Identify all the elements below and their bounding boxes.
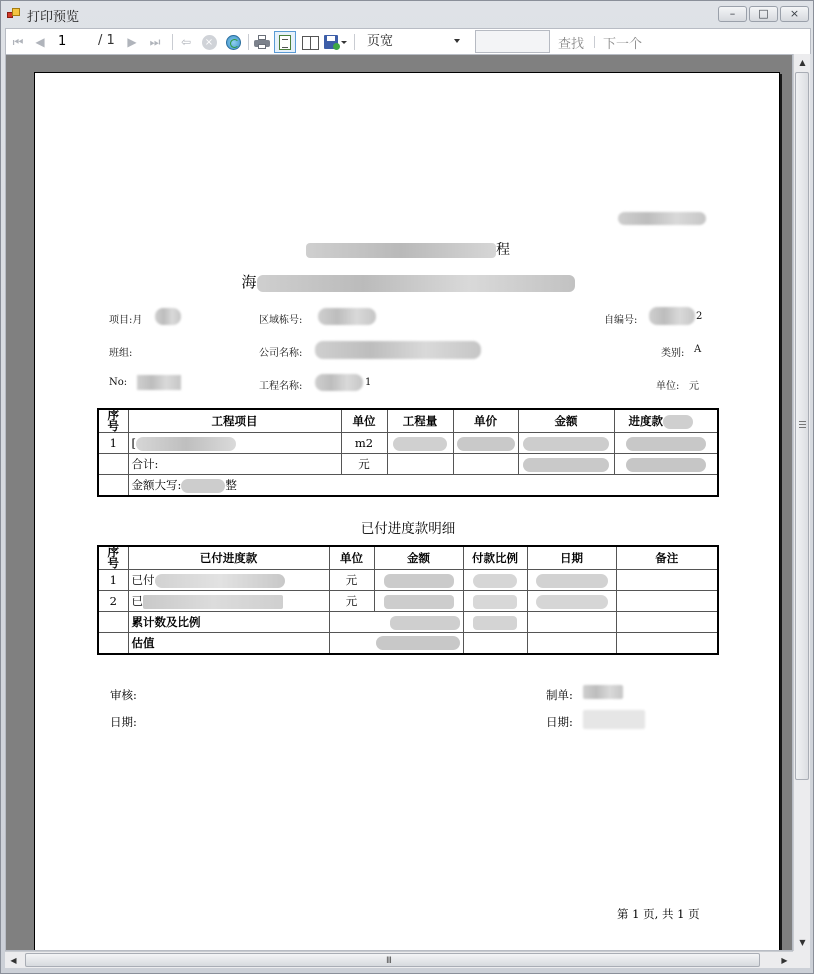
close-button[interactable]: × bbox=[780, 6, 809, 22]
page-total: / 1 bbox=[98, 33, 115, 48]
print-button[interactable] bbox=[252, 32, 272, 52]
project-label: 项目:月 bbox=[109, 311, 142, 326]
redacted-text bbox=[536, 574, 608, 588]
first-page-button[interactable]: ⏮ bbox=[10, 32, 26, 52]
redacted-text bbox=[473, 616, 517, 630]
column-header-amount: 金额 bbox=[518, 409, 614, 433]
table-row: 合计: 元 bbox=[98, 454, 718, 475]
company-label: 公司名称: bbox=[259, 344, 302, 359]
redacted-text bbox=[315, 341, 481, 359]
redacted-text bbox=[618, 212, 706, 225]
toolbar-separator bbox=[248, 34, 249, 50]
redacted-text bbox=[626, 458, 706, 472]
progress-table: 序号 工程项目 单位 工程量 单价 金额 进度款 1 [ m2 bbox=[97, 408, 719, 497]
redacted-text bbox=[583, 685, 623, 699]
chevron-down-icon[interactable] bbox=[454, 39, 460, 43]
column-header-unit: 单位 bbox=[341, 409, 387, 433]
toolbar-separator bbox=[354, 34, 355, 50]
redacted-text bbox=[523, 437, 609, 451]
redacted-text bbox=[376, 636, 460, 650]
dropdown-arrow-icon bbox=[341, 41, 347, 44]
save-icon bbox=[324, 35, 338, 49]
app-icon bbox=[7, 8, 21, 20]
printer-icon bbox=[254, 35, 270, 49]
horizontal-scrollbar[interactable]: ◀ III ▶ bbox=[5, 951, 793, 968]
serial-suffix: 2 bbox=[696, 311, 702, 322]
redacted-text bbox=[137, 375, 181, 390]
scroll-down-icon[interactable]: ▼ bbox=[794, 934, 811, 951]
category-label: 类别: bbox=[661, 344, 684, 359]
toolbar-separator bbox=[172, 34, 173, 50]
table-header-row: 序号 已付进度款 单位 金额 付款比例 日期 备注 bbox=[98, 546, 718, 570]
next-page-icon: ▶ bbox=[127, 35, 136, 49]
column-header-amount: 金额 bbox=[374, 546, 463, 570]
column-header-paid: 已付进度款 bbox=[128, 546, 329, 570]
preview-viewport[interactable]: 程 海 项目:月 区域栋号: 自编号: 2 班组: 公司名称: 类别: A No… bbox=[5, 54, 793, 951]
redacted-text bbox=[536, 595, 608, 609]
current-page-input[interactable]: 1 bbox=[56, 32, 96, 52]
redacted-text bbox=[523, 458, 609, 472]
redacted-text bbox=[457, 437, 515, 451]
area-label: 区域栋号: bbox=[259, 311, 302, 326]
report-title: 程 bbox=[35, 239, 781, 259]
resize-grip[interactable] bbox=[793, 951, 810, 968]
refresh-icon bbox=[226, 35, 241, 50]
no-label: No: bbox=[109, 377, 127, 388]
single-page-icon bbox=[279, 35, 291, 50]
column-header-seq: 序号 bbox=[98, 546, 128, 570]
column-header-ratio: 付款比例 bbox=[463, 546, 527, 570]
report-subtitle: 海 bbox=[35, 271, 781, 292]
redacted-text bbox=[649, 307, 695, 325]
last-page-button[interactable]: ⏭ bbox=[146, 32, 164, 52]
toolbar: ⏮ ◀ 1 / 1 ▶ ⏭ ⇦ × 页宽 查找 下一个 bbox=[5, 28, 811, 54]
print-preview-window: 打印预览 – □ × ⏮ ◀ 1 / 1 ▶ ⏭ ⇦ × 页宽 查找 下一个 bbox=[0, 0, 814, 974]
horizontal-scroll-thumb[interactable]: III bbox=[25, 953, 760, 967]
column-header-seq: 序号 bbox=[98, 409, 128, 433]
table-row: 2 已 元 bbox=[98, 591, 718, 612]
paid-progress-table: 序号 已付进度款 单位 金额 付款比例 日期 备注 1 已付 元 bbox=[97, 545, 719, 655]
redacted-text bbox=[390, 616, 460, 630]
table-row: 1 [ m2 bbox=[98, 433, 718, 454]
redacted-text bbox=[315, 374, 363, 391]
column-header-remark: 备注 bbox=[616, 546, 718, 570]
grip-icon bbox=[799, 421, 806, 428]
two-page-view-button[interactable] bbox=[300, 32, 320, 52]
redacted-text bbox=[473, 574, 517, 588]
redacted-text bbox=[384, 595, 454, 609]
table-row: 估值 bbox=[98, 633, 718, 654]
make-date-label: 日期: bbox=[546, 714, 573, 730]
page-number-footer: 第 1 页, 共 1 页 bbox=[617, 906, 700, 922]
project-name-label: 工程名称: bbox=[259, 377, 302, 392]
redacted-text bbox=[663, 415, 693, 429]
title-bar: 打印预览 – □ × bbox=[1, 1, 813, 28]
column-header-date: 日期 bbox=[527, 546, 616, 570]
team-label: 班组: bbox=[109, 344, 132, 359]
column-header-quantity: 工程量 bbox=[387, 409, 453, 433]
redacted-text bbox=[143, 595, 283, 609]
redacted-text bbox=[136, 437, 236, 451]
maker-label: 制单: bbox=[546, 687, 573, 703]
serial-label: 自编号: bbox=[604, 311, 637, 326]
report-page: 程 海 项目:月 区域栋号: 自编号: 2 班组: 公司名称: 类别: A No… bbox=[34, 72, 780, 951]
redacted-text bbox=[318, 308, 376, 325]
column-header-unit: 单位 bbox=[329, 546, 374, 570]
back-arrow-icon: ⇦ bbox=[181, 35, 191, 49]
reviewer-label: 审核: bbox=[110, 687, 137, 703]
column-header-price: 单价 bbox=[453, 409, 518, 433]
project-name-suffix: 1 bbox=[365, 377, 371, 388]
scroll-up-icon[interactable]: ▲ bbox=[794, 54, 811, 71]
redacted-text bbox=[155, 574, 285, 588]
first-page-icon: ⏮ bbox=[13, 35, 24, 50]
search-input[interactable] bbox=[475, 30, 550, 53]
single-page-view-button[interactable] bbox=[274, 31, 296, 53]
redacted-text bbox=[473, 595, 517, 609]
redacted-text bbox=[155, 308, 181, 325]
last-page-icon: ⏭ bbox=[150, 35, 161, 50]
previous-page-icon: ◀ bbox=[35, 35, 44, 49]
category-value: A bbox=[694, 344, 701, 355]
table-header-row: 序号 工程项目 单位 工程量 单价 金额 进度款 bbox=[98, 409, 718, 433]
stop-button[interactable]: × bbox=[200, 32, 218, 52]
book-icon bbox=[302, 36, 318, 49]
table-row: 金额大写:整 bbox=[98, 475, 718, 496]
previous-page-button[interactable]: ◀ bbox=[32, 32, 48, 52]
redacted-text bbox=[306, 243, 496, 258]
minimize-button[interactable]: – bbox=[718, 6, 747, 22]
scroll-right-icon[interactable]: ▶ bbox=[776, 952, 793, 969]
back-button[interactable]: ⇦ bbox=[178, 32, 194, 52]
redacted-text bbox=[626, 437, 706, 451]
unit-label: 单位: bbox=[656, 377, 679, 392]
redacted-text bbox=[384, 574, 454, 588]
refresh-button[interactable] bbox=[224, 32, 242, 52]
redacted-text bbox=[393, 437, 447, 451]
toolbar-separator bbox=[594, 36, 595, 48]
maximize-button[interactable]: □ bbox=[749, 6, 778, 22]
vertical-scrollbar[interactable]: ▲ ▼ bbox=[793, 54, 810, 951]
find-next-button[interactable]: 下一个 bbox=[603, 33, 642, 52]
stop-icon: × bbox=[202, 35, 217, 50]
find-button[interactable]: 查找 bbox=[558, 33, 584, 52]
redacted-text bbox=[583, 710, 645, 729]
vertical-scroll-thumb[interactable] bbox=[795, 72, 809, 780]
window-title: 打印预览 bbox=[27, 6, 79, 25]
next-page-button[interactable]: ▶ bbox=[124, 32, 140, 52]
grip-icon: III bbox=[386, 956, 391, 966]
paid-section-title: 已付进度款明细 bbox=[35, 517, 781, 537]
export-button[interactable] bbox=[322, 32, 348, 52]
column-header-item: 工程项目 bbox=[128, 409, 341, 433]
table-row: 1 已付 元 bbox=[98, 570, 718, 591]
unit-value: 元 bbox=[689, 377, 699, 392]
redacted-text bbox=[181, 479, 225, 493]
table-row: 累计数及比例 bbox=[98, 612, 718, 633]
review-date-label: 日期: bbox=[110, 714, 137, 730]
redacted-text bbox=[257, 275, 575, 292]
column-header-progress: 进度款 bbox=[614, 409, 718, 433]
scroll-left-icon[interactable]: ◀ bbox=[5, 952, 22, 969]
